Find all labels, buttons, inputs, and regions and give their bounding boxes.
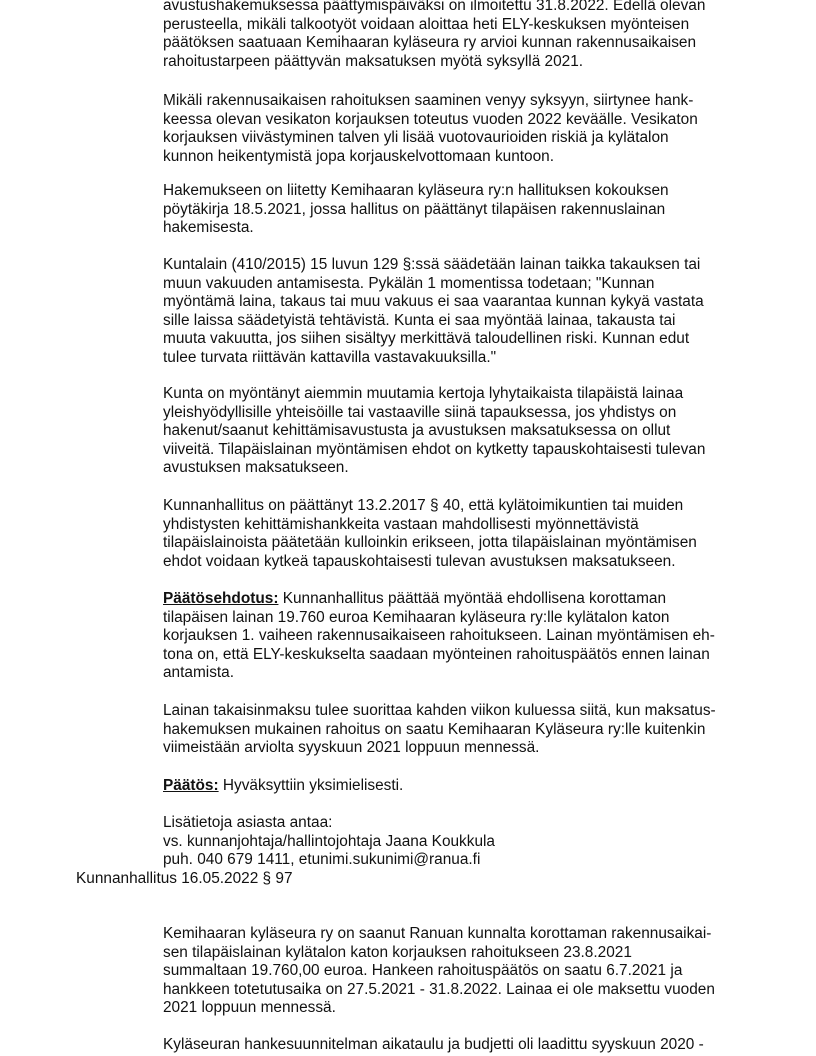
- text-line: Hakemukseen on liitetty Kemihaaran kyläs…: [163, 182, 763, 201]
- text-line: kunnon heikentymistä jopa korjauskelvott…: [163, 148, 763, 167]
- text-line: ehdot voidaan kytkeä tapauskohtaisesti t…: [163, 553, 763, 572]
- text-line: pöytäkirja 18.5.2021, jossa hallitus on …: [163, 201, 763, 220]
- text-line: muuta vakuutta, jos siihen sisältyy merk…: [163, 330, 763, 349]
- text-line: viimeistään arviolta syyskuun 2021 loppu…: [163, 739, 763, 758]
- text-line: tilapäisen lainan 19.760 euroa Kemihaara…: [163, 609, 763, 628]
- text-line: sen tilapäislainan kylätalon katon korja…: [163, 944, 763, 963]
- paragraph-repayment: Lainan takaisinmaksu tulee suorittaa kah…: [163, 702, 763, 758]
- text-line: yhdistysten kehittämishankkeita vastaan …: [163, 516, 763, 535]
- section-header: Kunnanhallitus 16.05.2022 § 97: [76, 870, 293, 889]
- text-line: keessa olevan vesikaton korjauksen toteu…: [163, 111, 763, 130]
- text-line: summaltaan 19.760,00 euroa. Hankeen raho…: [163, 962, 763, 981]
- text-line: 2021 loppuun mennessä.: [163, 999, 763, 1018]
- paragraph-project-plan: Kyläseuran hankesuunnitelman aikataulu j…: [163, 1036, 763, 1055]
- text-line: tona on, että ELY-keskukselta saadaan my…: [163, 646, 763, 665]
- paragraph-previous-loans: Kunta on myöntänyt aiemmin muutamia kert…: [163, 385, 763, 478]
- text-line: hakemisesta.: [163, 219, 763, 238]
- text-line: Päätösehdotus: Kunnanhallitus päättää my…: [163, 590, 763, 609]
- text-line: antamista.: [163, 664, 763, 683]
- contact-person: vs. kunnanjohtaja/hallintojohtaja Jaana …: [163, 833, 763, 852]
- text-line: Kunta on myöntänyt aiemmin muutamia kert…: [163, 385, 763, 404]
- text-line: korjauksen 1. vaiheen rakennusaikaiseen …: [163, 627, 763, 646]
- paragraph-municipal-law: Kuntalain (410/2015) 15 luvun 129 §:ssä …: [163, 256, 763, 367]
- text-line: sille laissa säädetyistä tehtävistä. Kun…: [163, 312, 763, 331]
- text-line: hakenut/saanut kehittämisavustusta ja av…: [163, 422, 763, 441]
- contact-heading: Lisätietoja asiasta antaa:: [163, 814, 763, 833]
- contact-details: puh. 040 679 1411, etunimi.sukunimi@ranu…: [163, 851, 763, 870]
- text-line: Kemihaaran kyläseura ry on saanut Ranuan…: [163, 925, 763, 944]
- text-line: hakemuksen mukainen rahoitus on saatu Ke…: [163, 721, 763, 740]
- text-line: Kunnanhallitus on päättänyt 13.2.2017 § …: [163, 497, 763, 516]
- paragraph-attachment: Hakemukseen on liitetty Kemihaaran kyläs…: [163, 182, 763, 238]
- text-line: myöntämä laina, takaus tai muu vakuus ei…: [163, 293, 763, 312]
- proposal-label: Päätösehdotus:: [163, 590, 278, 607]
- decision: Päätös: Hyväksyttiin yksimielisesti.: [163, 777, 763, 796]
- text-line: Kuntalain (410/2015) 15 luvun 129 §:ssä …: [163, 256, 763, 275]
- text-line: avustushakemuksessa päättymispäiväksi on…: [163, 0, 763, 16]
- text-line: viiveitä. Tilapäislainan myöntämisen ehd…: [163, 441, 763, 460]
- text-line: päätöksen saatuaan Kemihaaran kyläseura …: [163, 34, 763, 53]
- text-line: muun vakuuden antamisesta. Pykälän 1 mom…: [163, 275, 763, 294]
- decision-proposal: Päätösehdotus: Kunnanhallitus päättää my…: [163, 590, 763, 683]
- paragraph-schedule: avustushakemuksessa päättymispäiväksi on…: [163, 0, 763, 71]
- text-line: Mikäli rakennusaikaisen rahoituksen saam…: [163, 92, 763, 111]
- paragraph-board-decision-2017: Kunnanhallitus on päättänyt 13.2.2017 § …: [163, 497, 763, 571]
- decision-label: Päätös:: [163, 777, 219, 794]
- text-line: korjauksen viivästyminen talven yli lisä…: [163, 129, 763, 148]
- text-line: tulee turvata riittävän kattavilla vasta…: [163, 349, 763, 368]
- text-line: Kyläseuran hankesuunnitelman aikataulu j…: [163, 1036, 763, 1055]
- document-page: avustushakemuksessa päättymispäiväksi on…: [0, 0, 816, 1056]
- paragraph-delay-risk: Mikäli rakennusaikaisen rahoituksen saam…: [163, 92, 763, 166]
- text-line: tilapäislainoista päätetään kulloinkin e…: [163, 534, 763, 553]
- text-line: hankkeen totetutusaika on 27.5.2021 - 31…: [163, 981, 763, 1000]
- paragraph-loan-status: Kemihaaran kyläseura ry on saanut Ranuan…: [163, 925, 763, 1018]
- text-line: yleishyödyllisille yhteisöille tai vasta…: [163, 404, 763, 423]
- text-line: rahoitustarpeen päättyvän maksatuksen my…: [163, 53, 763, 72]
- text-line: Päätös: Hyväksyttiin yksimielisesti.: [163, 777, 763, 796]
- text-line: avustuksen maksatukseen.: [163, 459, 763, 478]
- contact-info: Lisätietoja asiasta antaa: vs. kunnanjoh…: [163, 814, 763, 870]
- text-line: Lainan takaisinmaksu tulee suorittaa kah…: [163, 702, 763, 721]
- decision-text: Hyväksyttiin yksimielisesti.: [219, 777, 404, 794]
- proposal-text: Kunnanhallitus päättää myöntää ehdollise…: [278, 590, 666, 607]
- text-line: perusteella, mikäli talkootyöt voidaan a…: [163, 16, 763, 35]
